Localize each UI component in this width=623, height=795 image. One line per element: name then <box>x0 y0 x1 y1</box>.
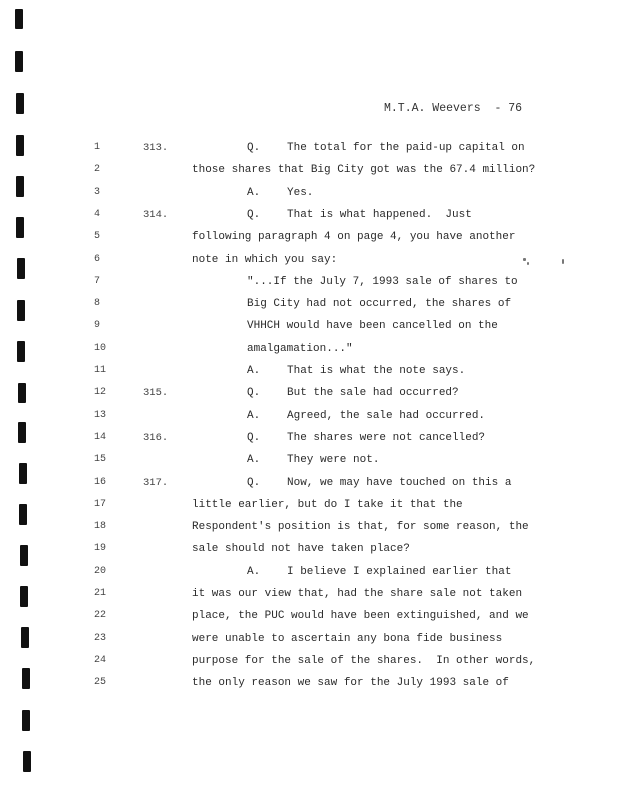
line-number: 20 <box>94 566 106 577</box>
line-number: 16 <box>94 477 106 488</box>
line-number: 18 <box>94 521 106 532</box>
binding-hole <box>16 93 24 114</box>
transcript-line: 19sale should not have taken place? <box>0 543 623 563</box>
line-text: those shares that Big City got was the 6… <box>192 164 535 176</box>
transcript-line: 9VHHCH would have been cancelled on the <box>0 320 623 340</box>
transcript-line: 14316.Q.The shares were not cancelled? <box>0 432 623 452</box>
line-number: 22 <box>94 610 106 621</box>
speaker-mark: A. <box>247 410 260 422</box>
line-text: I believe I explained earlier that <box>287 566 511 578</box>
transcript-line: 8Big City had not occurred, the shares o… <box>0 298 623 318</box>
page-header: M.T.A. Weevers - 76 <box>384 102 522 115</box>
line-number: 23 <box>94 633 106 644</box>
line-number: 3 <box>94 187 100 198</box>
speaker-mark: Q. <box>247 142 260 154</box>
line-text: That is what the note says. <box>287 365 465 377</box>
line-number: 2 <box>94 164 100 175</box>
line-text: VHHCH would have been cancelled on the <box>247 320 498 332</box>
witness-name: M.T.A. Weevers <box>384 102 481 115</box>
transcript-line: 25the only reason we saw for the July 19… <box>0 677 623 697</box>
line-number: 11 <box>94 365 106 376</box>
line-text: it was our view that, had the share sale… <box>192 588 522 600</box>
line-number: 17 <box>94 499 106 510</box>
line-text: They were not. <box>287 454 379 466</box>
line-text: Agreed, the sale had occurred. <box>287 410 485 422</box>
line-text: place, the PUC would have been extinguis… <box>192 610 529 622</box>
line-number: 14 <box>94 432 106 443</box>
transcript-line: 10amalgamation..." <box>0 343 623 363</box>
line-text: purpose for the sale of the shares. In o… <box>192 655 535 667</box>
speaker-mark: A. <box>247 187 260 199</box>
speaker-mark: Q. <box>247 432 260 444</box>
question-number: 315. <box>143 387 168 399</box>
line-number: 13 <box>94 410 106 421</box>
question-number: 317. <box>143 477 168 489</box>
line-number: 5 <box>94 231 100 242</box>
question-number: 313. <box>143 142 168 154</box>
binding-hole <box>22 710 30 731</box>
transcript-line: 6note in which you say: <box>0 254 623 274</box>
transcript-line: 22place, the PUC would have been extingu… <box>0 610 623 630</box>
binding-hole <box>15 9 23 29</box>
transcript-line: 5following paragraph 4 on page 4, you ha… <box>0 231 623 251</box>
transcript-line: 1313.Q.The total for the paid-up capital… <box>0 142 623 162</box>
line-number: 12 <box>94 387 106 398</box>
transcript-line: 23were unable to ascertain any bona fide… <box>0 633 623 653</box>
question-number: 314. <box>143 209 168 221</box>
binding-hole <box>23 751 31 772</box>
line-text: sale should not have taken place? <box>192 543 410 555</box>
speaker-mark: A. <box>247 365 260 377</box>
line-text: Now, we may have touched on this a <box>287 477 511 489</box>
line-number: 7 <box>94 276 100 287</box>
line-text: little earlier, but do I take it that th… <box>192 499 463 511</box>
line-text: But the sale had occurred? <box>287 387 459 399</box>
line-number: 6 <box>94 254 100 265</box>
question-number: 316. <box>143 432 168 444</box>
line-number: 1 <box>94 142 100 153</box>
transcript-line: 2those shares that Big City got was the … <box>0 164 623 184</box>
line-text: Yes. <box>287 187 313 199</box>
line-text: "...If the July 7, 1993 sale of shares t… <box>247 276 518 288</box>
line-number: 9 <box>94 320 100 331</box>
transcript-line: 18Respondent's position is that, for som… <box>0 521 623 541</box>
binding-hole <box>15 51 23 72</box>
transcript-line: 12315.Q.But the sale had occurred? <box>0 387 623 407</box>
line-number: 19 <box>94 543 106 554</box>
transcript-line: 20A.I believe I explained earlier that <box>0 566 623 586</box>
transcript-line: 4314.Q.That is what happened. Just <box>0 209 623 229</box>
transcript-line: 24purpose for the sale of the shares. In… <box>0 655 623 675</box>
line-number: 24 <box>94 655 106 666</box>
line-text: amalgamation..." <box>247 343 353 355</box>
transcript-line: 11A.That is what the note says. <box>0 365 623 385</box>
line-text: following paragraph 4 on page 4, you hav… <box>192 231 515 243</box>
transcript-line: 3A.Yes. <box>0 187 623 207</box>
line-text: were unable to ascertain any bona fide b… <box>192 633 502 645</box>
transcript-line: 7"...If the July 7, 1993 sale of shares … <box>0 276 623 296</box>
line-number: 25 <box>94 677 106 688</box>
speaker-mark: Q. <box>247 209 260 221</box>
transcript-line: 15A.They were not. <box>0 454 623 474</box>
line-number: 8 <box>94 298 100 309</box>
speaker-mark: A. <box>247 454 260 466</box>
transcript-line: 17little earlier, but do I take it that … <box>0 499 623 519</box>
line-text: The shares were not cancelled? <box>287 432 485 444</box>
line-number: 15 <box>94 454 106 465</box>
transcript-line: 16317.Q.Now, we may have touched on this… <box>0 477 623 497</box>
speaker-mark: Q. <box>247 477 260 489</box>
speaker-mark: A. <box>247 566 260 578</box>
transcript-line: 13A.Agreed, the sale had occurred. <box>0 410 623 430</box>
transcript-line: 21it was our view that, had the share sa… <box>0 588 623 608</box>
line-text: note in which you say: <box>192 254 337 266</box>
line-text: The total for the paid-up capital on <box>287 142 525 154</box>
line-number: 10 <box>94 343 106 354</box>
line-number: 4 <box>94 209 100 220</box>
line-text: Big City had not occurred, the shares of <box>247 298 511 310</box>
speaker-mark: Q. <box>247 387 260 399</box>
line-text: That is what happened. Just <box>287 209 472 221</box>
line-text: the only reason we saw for the July 1993… <box>192 677 509 689</box>
line-number: 21 <box>94 588 106 599</box>
page-number: 76 <box>508 102 522 115</box>
line-text: Respondent's position is that, for some … <box>192 521 529 533</box>
